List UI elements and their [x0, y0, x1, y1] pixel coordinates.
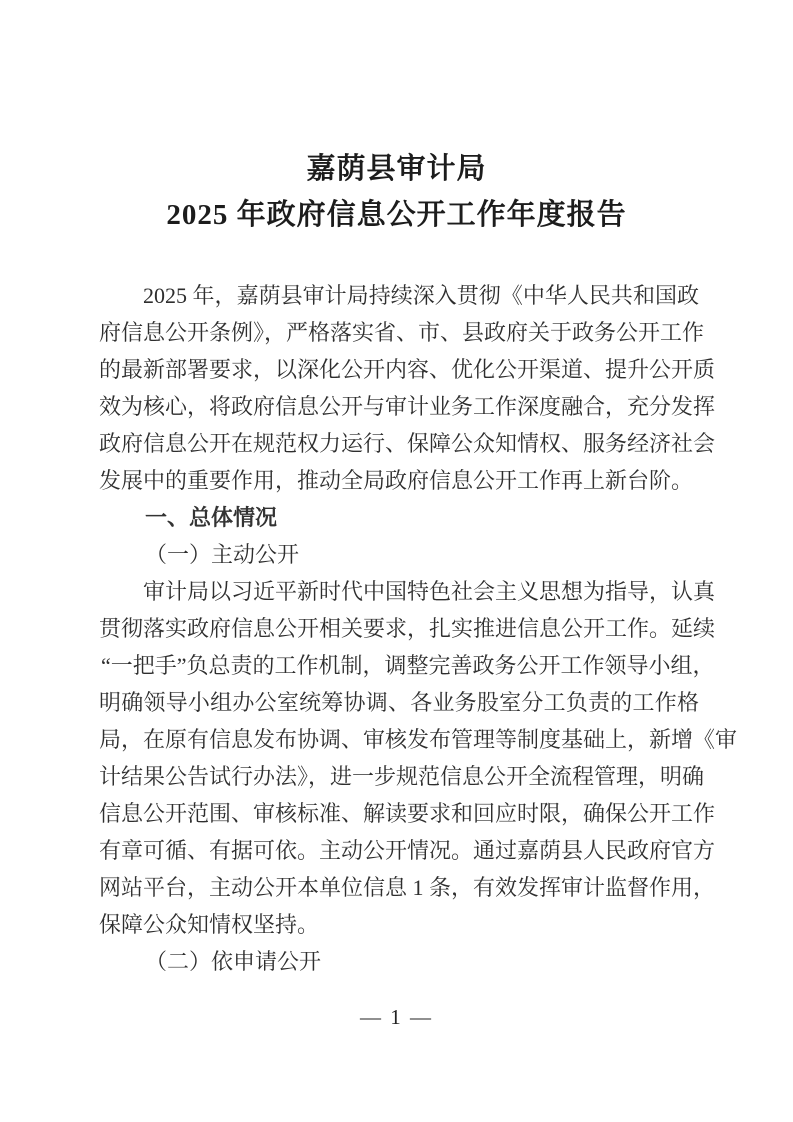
page-number: — 1 —: [0, 1002, 793, 1032]
subsection-heading-disclosure-upon-request: （二）依申请公开: [99, 943, 699, 980]
section-heading-overall-situation: 一、总体情况: [99, 499, 699, 536]
paragraph-line: 发展中的重要作用，推动全局政府信息公开工作再上新台阶。: [99, 462, 699, 499]
paragraph-line: 2025 年，嘉荫县审计局持续深入贯彻《中华人民共和国政: [99, 277, 699, 314]
paragraph-line: 局，在原有信息发布协调、审核发布管理等制度基础上，新增《审: [99, 721, 699, 758]
paragraph-line: 政府信息公开在规范权力运行、保障公众知情权、服务经济社会: [99, 425, 699, 462]
paragraph-line: 审计局以习近平新时代中国特色社会主义思想为指导，认真: [99, 573, 699, 610]
paragraph-line: 信息公开范围、审核标准、解读要求和回应时限，确保公开工作: [99, 795, 699, 832]
document-title: 嘉荫县审计局 2025 年政府信息公开工作年度报告: [0, 146, 793, 238]
subsection-heading-proactive-disclosure: （一）主动公开: [99, 536, 699, 573]
document-body: 2025 年，嘉荫县审计局持续深入贯彻《中华人民共和国政 府信息公开条例》，严格…: [99, 277, 699, 980]
doc-title-line-2: 2025 年政府信息公开工作年度报告: [0, 192, 793, 238]
paragraph-line: 明确领导小组办公室统筹协调、各业务股室分工负责的工作格: [99, 684, 699, 721]
doc-title-line-1: 嘉荫县审计局: [0, 146, 793, 192]
paragraph-line: 府信息公开条例》，严格落实省、市、县政府关于政务公开工作: [99, 314, 699, 351]
paragraph-line: 的最新部署要求，以深化公开内容、优化公开渠道、提升公开质: [99, 351, 699, 388]
paragraph-line: “一把手”负总责的工作机制，调整完善政务公开工作领导小组，: [99, 647, 699, 684]
paragraph-line: 贯彻落实政府信息公开相关要求，扎实推进信息公开工作。延续: [99, 610, 699, 647]
paragraph-line: 保障公众知情权坚持。: [99, 906, 699, 943]
document-page: 嘉荫县审计局 2025 年政府信息公开工作年度报告 2025 年，嘉荫县审计局持…: [0, 0, 793, 1122]
paragraph-line: 计结果公告试行办法》，进一步规范信息公开全流程管理，明确: [99, 758, 699, 795]
paragraph-line: 网站平台，主动公开本单位信息 1 条，有效发挥审计监督作用，: [99, 869, 699, 906]
paragraph-line: 效为核心，将政府信息公开与审计业务工作深度融合，充分发挥: [99, 388, 699, 425]
paragraph-line: 有章可循、有据可依。主动公开情况。通过嘉荫县人民政府官方: [99, 832, 699, 869]
